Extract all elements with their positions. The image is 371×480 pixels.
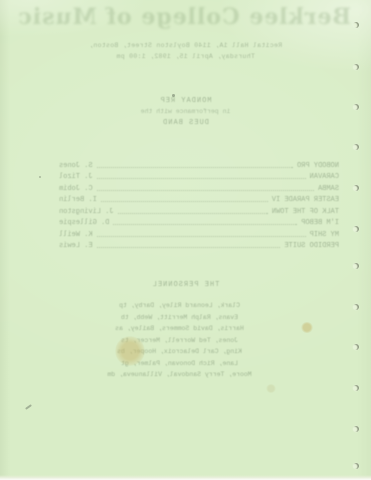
binding-hole xyxy=(353,426,359,432)
binding-hole xyxy=(353,344,359,350)
composer-name: S. Jones xyxy=(59,162,93,170)
program-row: MY SHIP K. Weill xyxy=(59,227,339,239)
event-title-line: MONDAY REP xyxy=(0,97,371,105)
song-title: SAMBA xyxy=(318,185,339,193)
composer-name: C. Jobim xyxy=(59,185,93,193)
program-row: I'M BEBOP D. Gillespie xyxy=(59,216,339,228)
song-title: I'M BEBOP xyxy=(301,219,339,227)
address-line-2: Thursday, April 15, 1982, 1:00 pm xyxy=(0,53,371,60)
dotted-leader xyxy=(97,178,306,179)
dotted-leader xyxy=(97,236,306,237)
song-title: EASTER PARADE IV xyxy=(272,196,339,204)
binding-hole xyxy=(353,304,359,310)
dotted-leader xyxy=(101,201,268,202)
song-title: CARAVAN xyxy=(310,173,339,181)
green-paper-sheet: Berklee College of Music Recital Hall 1A… xyxy=(0,0,371,480)
personnel-line: Moore, Terry Sandoval, Villanueva, dm xyxy=(0,369,365,381)
personnel-line: Evans, Ralph Merritt, Webb, tb xyxy=(0,312,365,324)
personnel-line: Clark, Leonard Riley, Darby, tp xyxy=(0,300,365,312)
personnel-line: King, Carl Delacroix, Hooper, bs xyxy=(0,346,365,358)
composer-name: D. Gillespie xyxy=(59,219,109,227)
dotted-leader xyxy=(118,213,268,214)
personnel-line: Harris, David Sommers, Bailey, as xyxy=(0,323,365,335)
dotted-leader xyxy=(97,190,314,191)
binding-hole xyxy=(353,22,359,28)
personnel-list: Clark, Leonard Riley, Darby, tp Evans, R… xyxy=(0,300,365,381)
song-title: TALK OF THE TOWN xyxy=(272,208,339,216)
program-row: EASTER PARADE IV I. Berlin xyxy=(59,193,339,205)
program-list: NOBODY PRO S. Jones CARAVAN J. Tizol SAM… xyxy=(59,158,339,250)
dotted-leader xyxy=(97,167,293,168)
page-bottom-edge xyxy=(0,475,371,480)
dotted-leader xyxy=(113,224,297,225)
program-row: NOBODY PRO S. Jones xyxy=(59,158,339,170)
composer-name: J. Livingston xyxy=(59,208,114,216)
composer-name: J. Tizol xyxy=(59,173,93,181)
personnel-line: Lane, Rich Donovan, Palmer, gt xyxy=(0,358,365,370)
binding-hole xyxy=(353,185,359,191)
personnel-line: Jones, Ted Worrell, Mercer, ts xyxy=(0,335,365,347)
program-row: SAMBA C. Jobim xyxy=(59,181,339,193)
binding-hole xyxy=(353,385,359,391)
event-subtitle-line: in performance with the xyxy=(0,108,371,115)
bleed-through-layer: Berklee College of Music Recital Hall 1A… xyxy=(0,0,371,480)
program-row: CARAVAN J. Tizol xyxy=(59,170,339,182)
composer-name: E. Lewis xyxy=(59,242,93,250)
binding-hole xyxy=(353,263,359,269)
composer-name: I. Berlin xyxy=(59,196,97,204)
binding-hole xyxy=(353,226,359,232)
binding-hole xyxy=(353,104,359,110)
personnel-heading: THE PERSONNEL xyxy=(0,281,371,289)
program-row: TALK OF THE TOWN J. Livingston xyxy=(59,204,339,216)
scanned-page: { "bleed_text": { "masthead": "Berklee C… xyxy=(0,0,371,480)
song-title: MY SHIP xyxy=(310,231,339,239)
composer-name: K. Weill xyxy=(59,231,93,239)
paper-speck xyxy=(172,94,175,97)
song-title: NOBODY PRO xyxy=(297,162,339,170)
program-row: PERDIDO SUITE E. Lewis xyxy=(59,239,339,251)
song-title: PERDIDO SUITE xyxy=(284,242,339,250)
event-ensemble-line: DUES BAND xyxy=(0,119,371,127)
berklee-masthead-mirrored: Berklee College of Music xyxy=(20,4,351,30)
address-line-1: Recital Hall 1A, 1140 Boylston Street, B… xyxy=(0,42,371,49)
dotted-leader xyxy=(97,247,281,248)
binding-hole xyxy=(353,463,359,469)
binding-hole xyxy=(353,64,359,70)
binding-hole xyxy=(353,144,359,150)
paper-speck xyxy=(39,176,41,178)
